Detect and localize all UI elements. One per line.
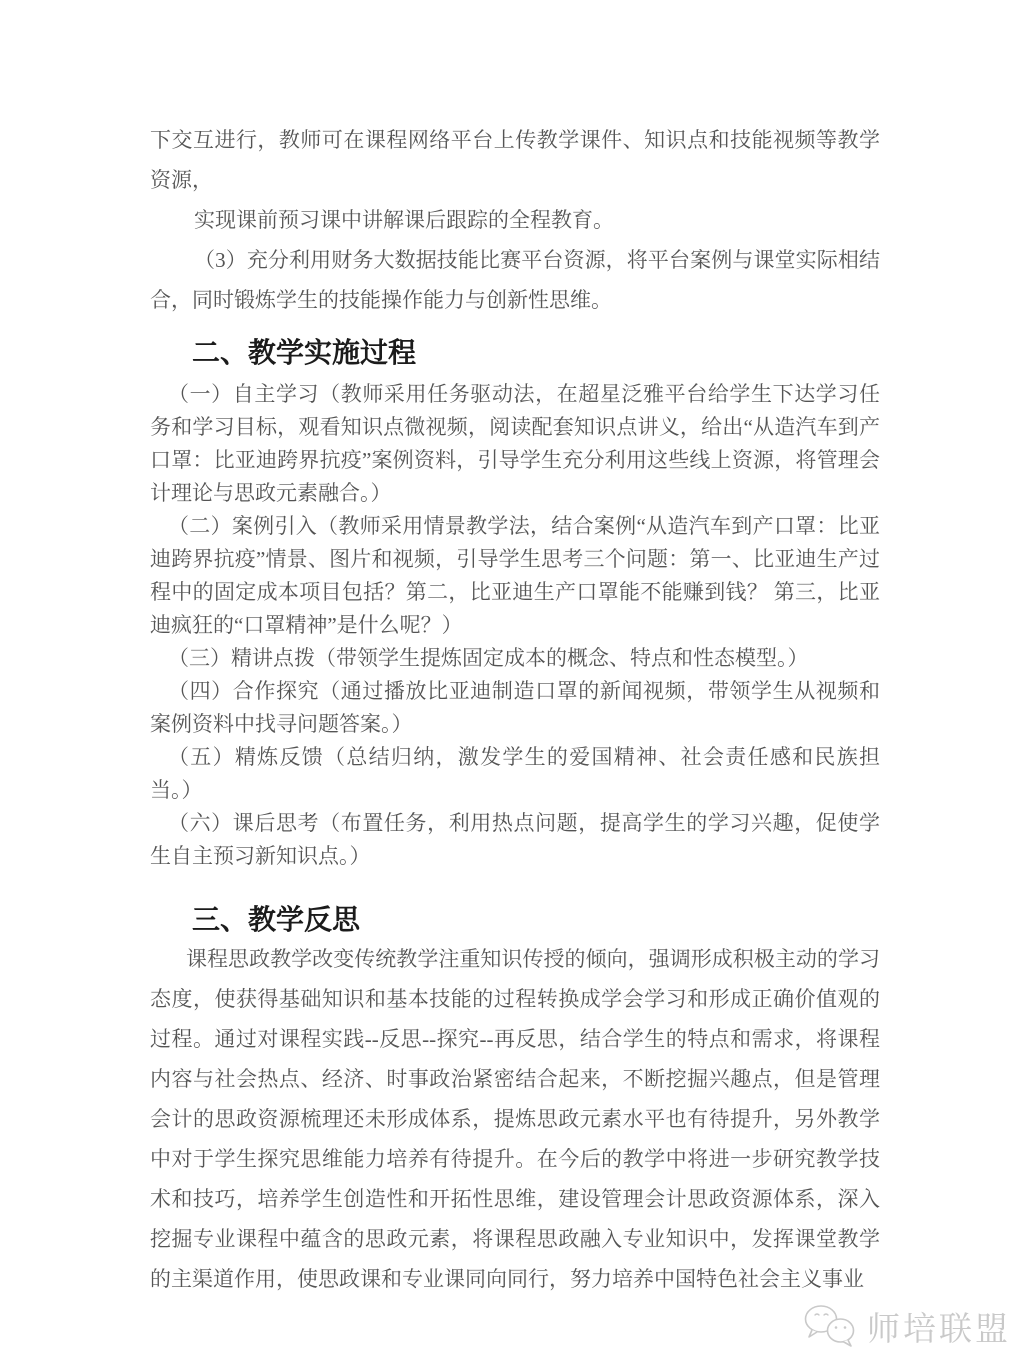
step-item-refined-feedback: （五）精炼反馈（总结归纳，激发学生的爱国精神、社会责任感和民族担当。） (150, 741, 880, 807)
section-heading-implementation: 二、教学实施过程 (150, 334, 880, 372)
watermark: 师培联盟 (802, 1302, 1011, 1350)
watermark-label: 师培联盟 (867, 1303, 1011, 1350)
section-heading-reflection: 三、教学反思 (150, 901, 880, 939)
intro-paragraph-item-3: （3）充分利用财务大数据技能比赛平台资源，将平台案例与课堂实际相结合，同时锻炼学… (150, 240, 880, 320)
step-item-case-introduction: （二）案例引入（教师采用情景教学法，结合案例“从造汽车到产口罩：比亚迪跨界抗疫”… (150, 510, 880, 642)
intro-section: 下交互进行，教师可在课程网络平台上传教学课件、知识点和技能视频等教学资源， 实现… (150, 120, 880, 320)
step-item-self-study: （一）自主学习（教师采用任务驱动法，在超星泛雅平台给学生下达学习任务和学习目标，… (150, 378, 880, 510)
intro-paragraph-continuation: 下交互进行，教师可在课程网络平台上传教学课件、知识点和技能视频等教学资源， (150, 120, 880, 200)
intro-paragraph: 实现课前预习课中讲解课后跟踪的全程教育。 (150, 200, 880, 240)
document-content: 下交互进行，教师可在课程网络平台上传教学课件、知识点和技能视频等教学资源， 实现… (150, 120, 880, 1299)
step-item-key-explanation: （三）精讲点拨（带领学生提炼固定成本的概念、特点和性态模型。） (150, 642, 880, 675)
document-page: 下交互进行，教师可在课程网络平台上传教学课件、知识点和技能视频等教学资源， 实现… (0, 0, 1023, 1370)
implementation-steps: （一）自主学习（教师采用任务驱动法，在超星泛雅平台给学生下达学习任务和学习目标，… (150, 378, 880, 873)
wechat-icon (802, 1302, 858, 1350)
step-item-cooperative-inquiry: （四）合作探究（通过播放比亚迪制造口罩的新闻视频，带领学生从视频和案例资料中找寻… (150, 675, 880, 741)
step-item-after-class-thinking: （六）课后思考（布置任务，利用热点问题，提高学生的学习兴趣，促使学生自主预习新知… (150, 807, 880, 873)
reflection-paragraph: 课程思政教学改变传统教学注重知识传授的倾向，强调形成积极主动的学习态度，使获得基… (150, 939, 880, 1299)
